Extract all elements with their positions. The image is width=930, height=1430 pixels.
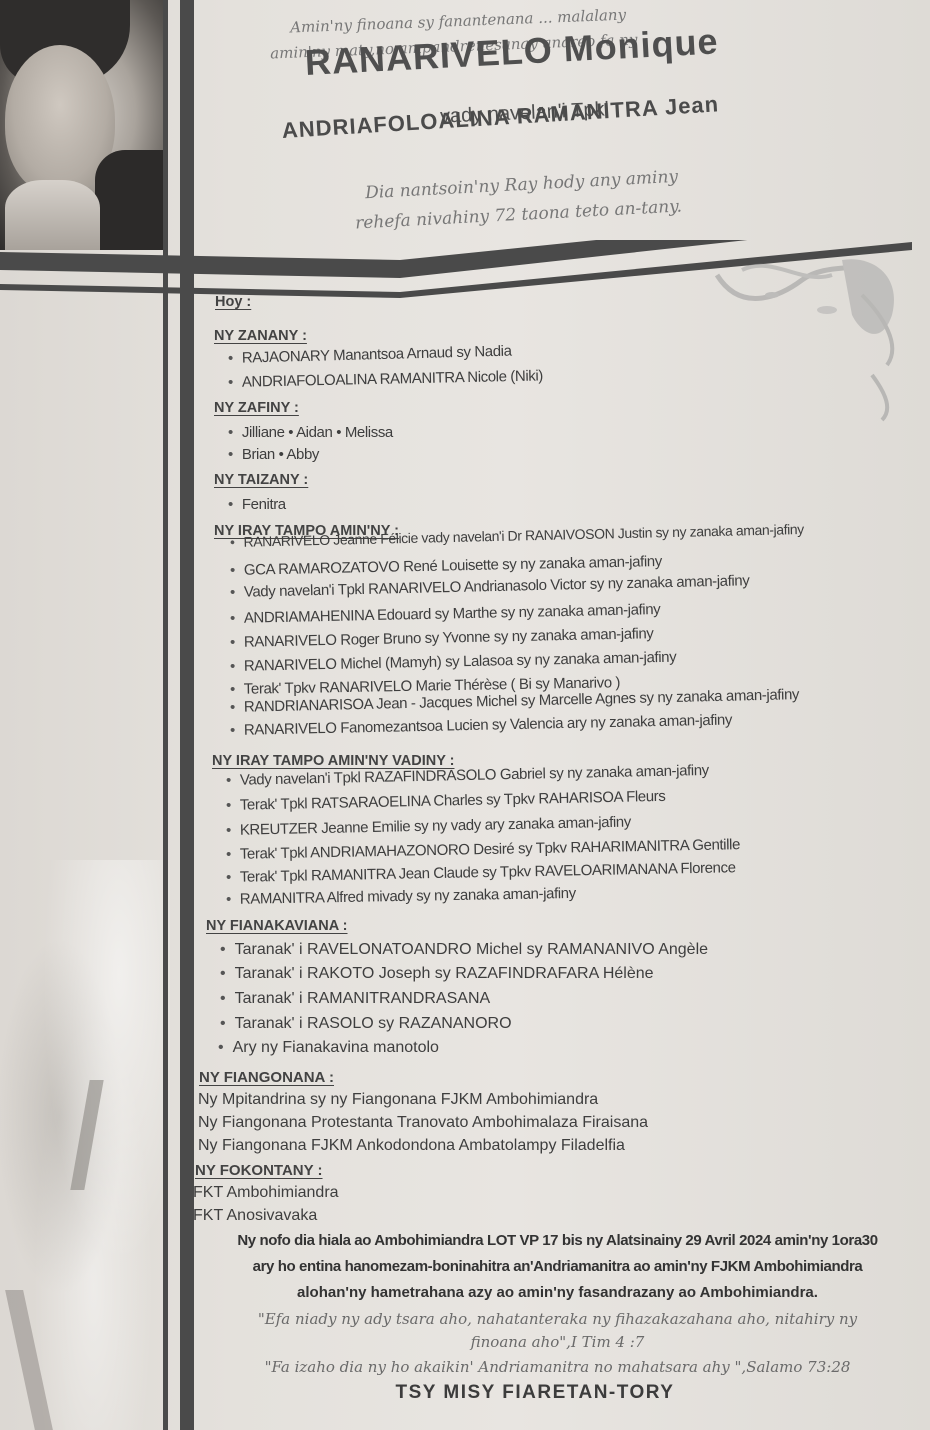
- list-item: RANARIVELO Fanomezantsoa Lucien sy Valen…: [230, 711, 732, 739]
- frame-line-thin: [163, 0, 168, 1430]
- photo-scarf: [5, 180, 100, 250]
- list-item: Taranak' i RAKOTO Joseph sy RAZAFINDRAFA…: [220, 965, 654, 983]
- section-title-fianakaviana: NY FIANAKAVIANA :: [206, 918, 348, 934]
- hoy-label: Hoy :: [215, 294, 251, 310]
- funeral-details-line: alohan'ny hametrahana azy ao amin'ny fas…: [185, 1284, 930, 1301]
- age-line: rehefa nivahiny 72 taona teto an-tany.: [355, 196, 683, 233]
- list-item: RAJAONARY Manantsoa Arnaud sy Nadia: [228, 343, 512, 367]
- list-item: Jilliane • Aidan • Melissa: [228, 424, 393, 441]
- list-item: Ny Fiangonana Protestanta Tranovato Ambo…: [198, 1114, 648, 1132]
- section-title-zafiny: NY ZAFINY :: [214, 400, 299, 416]
- list-item: Terak' Tpkl ANDRIAMAHAZONORO Desiré sy T…: [226, 836, 740, 863]
- list-item: Terak' Tpkl RAMANITRA Jean Claude sy Tpk…: [226, 859, 736, 886]
- section-title-taizany: NY TAIZANY :: [214, 472, 308, 488]
- list-item: Brian • Abby: [228, 446, 319, 463]
- list-item: Fenitra: [228, 496, 286, 513]
- list-item: ANDRIAFOLOALINA RAMANITRA Nicole (Niki): [228, 367, 543, 391]
- closing-notice: TSY MISY FIARETAN-TORY: [185, 1382, 885, 1404]
- list-item: Taranak' i RASOLO sy RAZANANORO: [220, 1015, 512, 1033]
- photo-coat: [95, 150, 165, 250]
- bible-verse: finoana aho",I Tim 4 :7: [185, 1333, 930, 1351]
- list-item: RAMANITRA Alfred mivady sy ny zanaka ama…: [226, 885, 576, 908]
- frame-line-thick: [180, 0, 194, 1430]
- bible-verse: "Efa niady ny ady tsara aho, nahatantera…: [185, 1310, 930, 1328]
- list-item: Ny Mpitandrina sy ny Fiangonana FJKM Amb…: [198, 1091, 598, 1109]
- spouse-name: ANDRIAFOLOALINA RAMANITRA Jean: [281, 91, 720, 144]
- section-title-zanany: NY ZANANY :: [214, 328, 307, 344]
- list-item: RANARIVELO Roger Bruno sy Yvonne sy ny z…: [230, 625, 654, 651]
- section-title-fokontany: NY FOKONTANY :: [195, 1162, 323, 1179]
- list-item: FKT Anosivavaka: [193, 1207, 317, 1225]
- list-item: ANDRIAMAHENINA Edouard sy Marthe sy ny z…: [230, 601, 661, 627]
- list-item: Ny Fiangonana FJKM Ankodondona Ambatolam…: [198, 1137, 625, 1155]
- funeral-notice: Amin'ny finoana sy fanantenana ... malal…: [0, 0, 930, 1430]
- list-item: FKT Ambohimiandra: [193, 1184, 339, 1202]
- bible-verse: "Fa izaho dia ny ho akaikin' Andriamanit…: [185, 1358, 930, 1376]
- floral-ornament-icon: [712, 255, 912, 425]
- list-item: RANARIVELO Michel (Mamyh) sy Lalasoa sy …: [230, 649, 677, 675]
- list-item: Ary ny Fianakavina manotolo: [218, 1039, 439, 1057]
- section-title-iray-tampo-vadiny: NY IRAY TAMPO AMIN'NY VADINY :: [212, 753, 454, 769]
- list-item: KREUTZER Jeanne Emilie sy ny vady ary za…: [226, 814, 631, 839]
- list-item: Taranak' i RAVELONATOANDRO Michel sy RAM…: [220, 941, 708, 959]
- funeral-details-line: Ny nofo dia hiala ao Ambohimiandra LOT V…: [185, 1232, 930, 1249]
- funeral-details-line: ary ho entina hanomezam-boninahitra an'A…: [185, 1258, 930, 1275]
- list-item: Terak' Tpkl RATSARAOELINA Charles sy Tpk…: [226, 788, 666, 814]
- portrait-photo: [0, 0, 165, 250]
- list-item: Taranak' i RAMANITRANDRASANA: [220, 990, 490, 1008]
- section-title-fiangonana: NY FIANGONANA :: [199, 1069, 334, 1086]
- age-line: Dia nantsoin'ny Ray hody any aminy: [365, 167, 679, 203]
